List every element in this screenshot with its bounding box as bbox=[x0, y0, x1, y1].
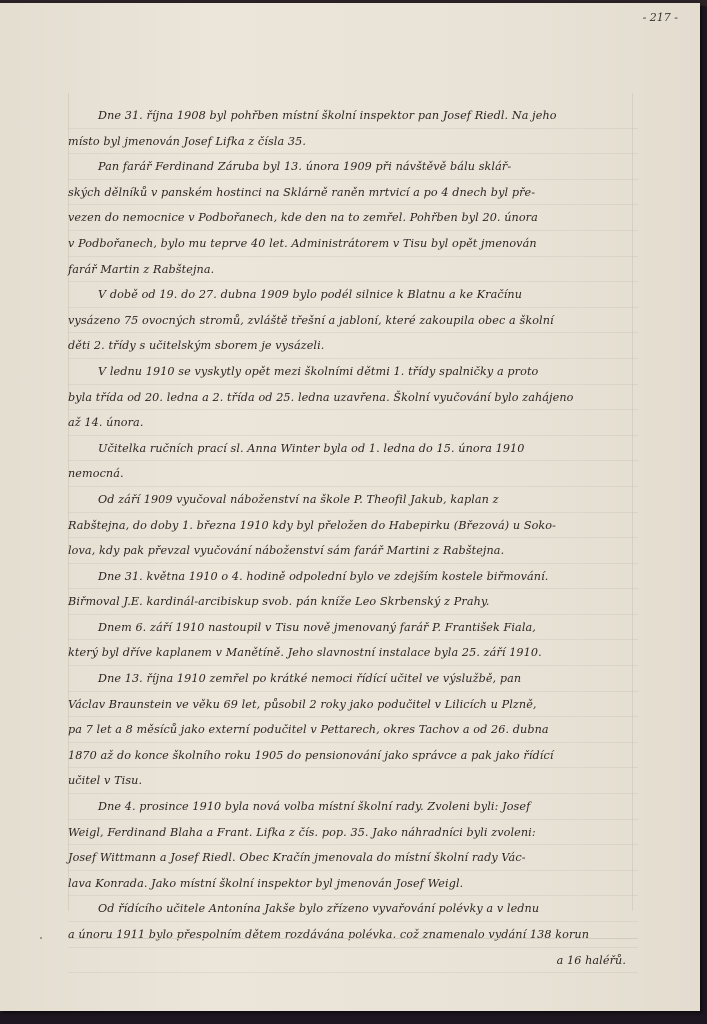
text-line: Dne 31. října 1908 byl pohřben místní šk… bbox=[68, 103, 638, 129]
text-line: 1870 až do konce školního roku 1905 do p… bbox=[68, 743, 638, 769]
text-line: V době od 19. do 27. dubna 1909 bylo pod… bbox=[68, 282, 638, 308]
text-line: Biřmoval J.E. kardinál-arcibiskup svob. … bbox=[68, 589, 638, 615]
text-line: který byl dříve kaplanem v Manětíně. Jeh… bbox=[68, 640, 638, 666]
text-line: místo byl jmenován Josef Lifka z čísla 3… bbox=[68, 129, 638, 155]
handwritten-text-body: Dne 31. října 1908 byl pohřben místní šk… bbox=[68, 103, 638, 973]
text-line: nemocná. bbox=[68, 461, 638, 487]
text-line: Dne 31. května 1910 o 4. hodině odpoledn… bbox=[68, 564, 638, 590]
text-line: vysázeno 75 ovocných stromů, zvláště tře… bbox=[68, 308, 638, 334]
text-line: farář Martin z Rabštejna. bbox=[68, 257, 638, 283]
text-line: vezen do nemocnice v Podbořanech, kde de… bbox=[68, 205, 638, 231]
text-line: lova, kdy pak převzal vyučování nábožens… bbox=[68, 538, 638, 564]
text-line: Učitelka ručních prací sl. Anna Winter b… bbox=[68, 436, 638, 462]
paper-speck bbox=[40, 937, 42, 939]
text-line: Od září 1909 vyučoval náboženství na ško… bbox=[68, 487, 638, 513]
text-line: Dne 13. října 1910 zemřel po krátké nemo… bbox=[68, 666, 638, 692]
text-line: Václav Braunstein ve věku 69 let, působi… bbox=[68, 692, 638, 718]
chronicle-page: - 217 - Dne 31. října 1908 byl pohřben m… bbox=[0, 3, 700, 1011]
text-line: v Podbořanech, bylo mu teprve 40 let. Ad… bbox=[68, 231, 638, 257]
text-line: Weigl, Ferdinand Blaha a Frant. Lifka z … bbox=[68, 820, 638, 846]
page-number: - 217 - bbox=[643, 11, 678, 24]
text-line: pa 7 let a 8 měsíců jako externí podučit… bbox=[68, 717, 638, 743]
text-line: V lednu 1910 se vyskytly opět mezi školn… bbox=[68, 359, 638, 385]
text-line: Dne 4. prosince 1910 byla nová volba mís… bbox=[68, 794, 638, 820]
text-line: Josef Wittmann a Josef Riedl. Obec Kračí… bbox=[68, 845, 638, 871]
text-line: Dnem 6. září 1910 nastoupil v Tisu nově … bbox=[68, 615, 638, 641]
text-line: ských dělníků v panském hostinci na Sklá… bbox=[68, 180, 638, 206]
text-line: Pan farář Ferdinand Záruba byl 13. února… bbox=[68, 154, 638, 180]
text-line: lava Konrada. Jako místní školní inspekt… bbox=[68, 871, 638, 897]
text-line: byla třída od 20. ledna a 2. třída od 25… bbox=[68, 385, 638, 411]
text-line: Od řídícího učitele Antonína Jakše bylo … bbox=[68, 896, 638, 922]
text-line: učitel v Tisu. bbox=[68, 768, 638, 794]
bottom-rule bbox=[68, 938, 638, 939]
text-line: Rabštejna, do doby 1. března 1910 kdy by… bbox=[68, 513, 638, 539]
text-line: děti 2. třídy s učitelským sborem je vys… bbox=[68, 333, 638, 359]
text-line: až 14. února. bbox=[68, 410, 638, 436]
text-line: a únoru 1911 bylo přespolním dětem rozdá… bbox=[68, 922, 638, 948]
text-line: a 16 haléřů. bbox=[68, 948, 638, 974]
